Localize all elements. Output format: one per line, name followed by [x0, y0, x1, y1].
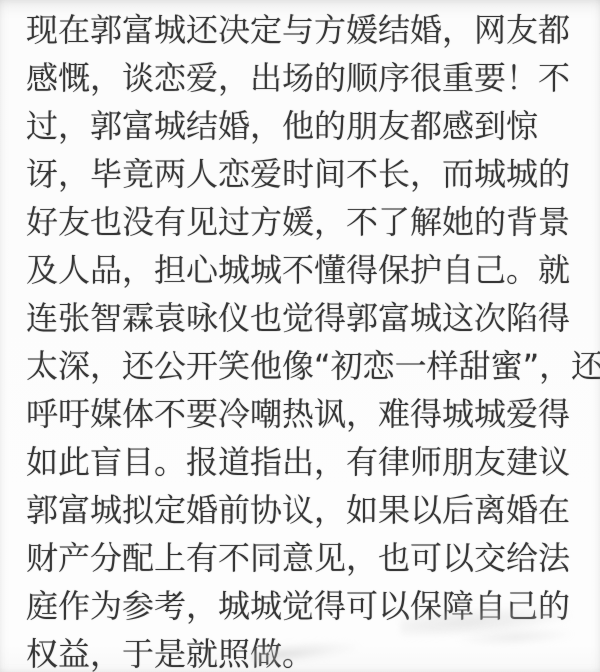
text-line: 及人品，担心城城不懂得保护自己。就 — [26, 246, 578, 294]
article-text-block: 现在郭富城还决定与方媛结婚，网友都 感慨，谈恋爱，出场的顺序很重要！不 过，郭富… — [26, 6, 578, 672]
text-line: 讶，毕竟两人恋爱时间不长，而城城的 — [26, 150, 578, 198]
text-line: 财产分配上有不同意见，也可以交给法 — [26, 534, 578, 582]
article-screenshot: 现在郭富城还决定与方媛结婚，网友都 感慨，谈恋爱，出场的顺序很重要！不 过，郭富… — [0, 0, 600, 672]
text-line: 太深，还公开笑他像“初恋一样甜蜜”，还 — [26, 342, 578, 390]
text-line: 如此盲目。报道指出，有律师朋友建议 — [26, 438, 578, 486]
text-line: 庭作为参考，城城觉得可以保障自己的 — [26, 582, 578, 630]
text-line: 郭富城拟定婚前协议，如果以后离婚在 — [26, 486, 578, 534]
text-line: 感慨，谈恋爱，出场的顺序很重要！不 — [26, 54, 578, 102]
text-line: 好友也没有见过方媛，不了解她的背景 — [26, 198, 578, 246]
text-line: 呼吁媒体不要冷嘲热讽，难得城城爱得 — [26, 390, 578, 438]
text-line: 现在郭富城还决定与方媛结婚，网友都 — [26, 6, 578, 54]
text-line: 权益，于是就照做。 — [26, 630, 578, 672]
text-line: 连张智霖袁咏仪也觉得郭富城这次陷得 — [26, 294, 578, 342]
text-line: 过，郭富城结婚，他的朋友都感到惊 — [26, 102, 578, 150]
